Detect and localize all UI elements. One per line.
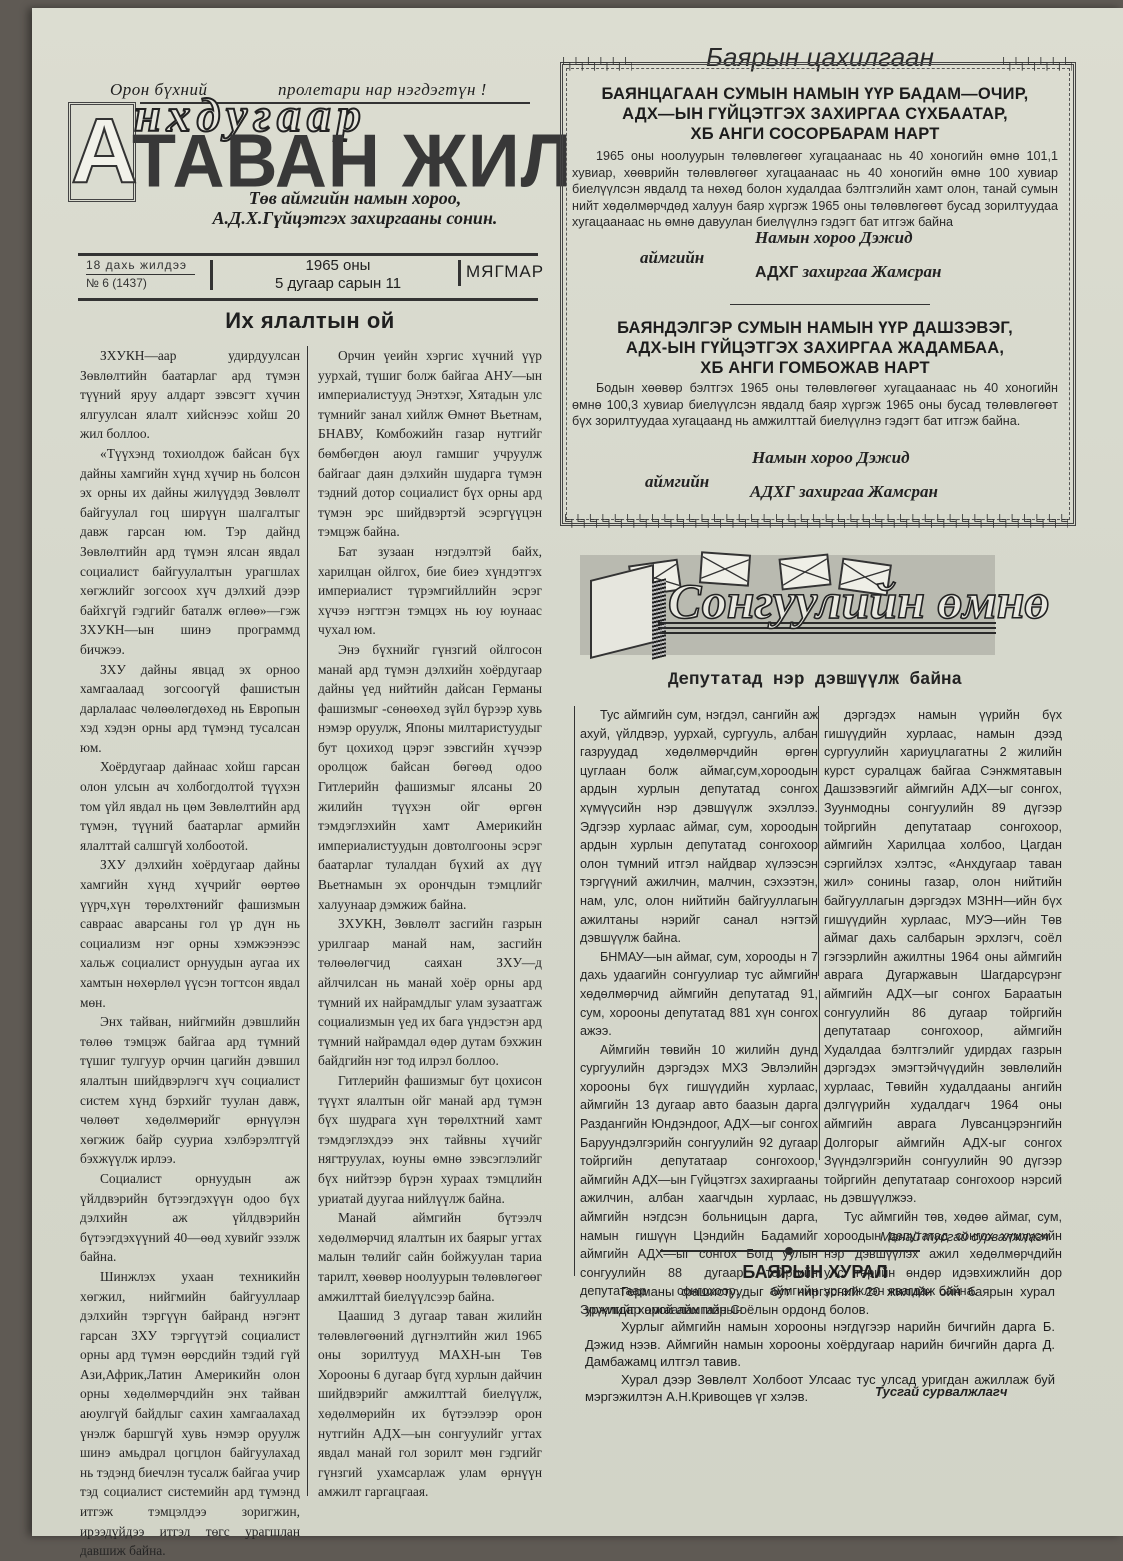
- paragraph: Гитлерийн фашизмыг бут цохисон түүхт яла…: [318, 1071, 542, 1208]
- issue-date-day: 5 дугаар сарын 11: [238, 275, 438, 293]
- article-title-victory: Их ялалтын ой: [70, 308, 550, 334]
- issue-date-year: 1965 оны: [238, 257, 438, 275]
- sig-admin-name: захиргаа Жамсран: [803, 262, 942, 281]
- tagline-line2: А.Д.Х.Гүйцэтгэх захиргааны сонин.: [145, 208, 565, 228]
- telegram-2-body: Бодын хөөвөр бэлтгэх 1965 оны төлөвлөгөө…: [572, 380, 1058, 430]
- telegram-1-body: 1965 оны ноолуурын төлөвлөгөөг хугацаана…: [572, 148, 1058, 231]
- paragraph: Энэ бүхнийг гүнзгий ойлгосон манай ард т…: [318, 640, 542, 914]
- paragraph: Шинжлэх ухаан техникийн хөгжил, нийгмийн…: [80, 1267, 300, 1536]
- meander-ornament: ╘╕╘╕╘╕╘╕╘╕╘╕╘╕╘╕╘╕╘╕╘╕╘╕╘╕╘╕╘╕╘╕╘╕╘╕╘╕╘╕…: [562, 514, 1068, 528]
- paragraph: Бат зузаан нэгдэлтэй байх, харилцан ойлг…: [318, 542, 542, 640]
- paragraph: Германы фашистуудыг бут ниргэсний 20 жил…: [585, 1283, 1055, 1318]
- paragraph: ЗХУ дэлхийн хоёрдугаар дайны хамгийн хүн…: [80, 855, 300, 1012]
- tagline-line1: Төв аймгийн намын хороо,: [145, 188, 565, 208]
- paragraph: Социалист орнуудын аж үйлдвэрийн бүтээгд…: [80, 1169, 300, 1267]
- ornament-dot: [785, 1247, 793, 1255]
- column-rule: [574, 706, 575, 1276]
- issue-weekday: МЯГМАР: [466, 262, 544, 282]
- column-rule: [818, 706, 819, 976]
- article-deputies-column-1: Тус аймгийн сум, нэгдэл, сангийн аж ахуй…: [580, 706, 818, 1320]
- article-victory-column-1: ЗХУКН—аар удирдуулсан Зөвлөлтийн баатарл…: [80, 346, 300, 1536]
- paragraph: Орчин үеийн хэргис хүчний үүр уурхай, тү…: [318, 346, 542, 542]
- paragraph: Хоёрдугаар дайнаас хойш гарсан олон улсы…: [80, 757, 300, 855]
- paragraph: Тус аймгийн сум, нэгдэл, сангийн аж ахуй…: [580, 706, 818, 948]
- article-title-meeting: БАЯРЫН ХУРАЛ: [560, 1262, 1070, 1283]
- paragraph: Энх тайван, нийгмийн дэвшлийн төлөө тэмц…: [80, 1012, 300, 1169]
- issue-info-bar: 18 дахь жилдээ № 6 (1437) 1965 оны 5 дуг…: [78, 253, 538, 301]
- issue-date: 1965 оны 5 дугаар сарын 11: [238, 257, 438, 293]
- article-victory-column-2: Орчин үеийн хэргис хүчний үүр уурхай, тү…: [318, 346, 542, 1502]
- telegram-1-sig-admin: АДХГ захиргаа Жамсран: [755, 262, 941, 282]
- paragraph: ЗХУКН—аар удирдуулсан Зөвлөлтийн баатарл…: [80, 346, 300, 444]
- telegram-1-sig-aimag: аймгийн: [640, 248, 704, 268]
- deputies-byline: Манай тусгай сурвалжлагч: [880, 1229, 1049, 1244]
- heading-line: БАЯНДЭЛГЭР СУМЫН НАМЫН ҮҮР ДАШЗЭВЭГ,: [572, 318, 1058, 338]
- volume-year: 18 дахь жилдээ: [86, 257, 195, 275]
- issue-number: № 6 (1437): [86, 275, 195, 292]
- issue-number-block: 18 дахь жилдээ № 6 (1437): [86, 257, 195, 292]
- paragraph: ЗХУ дайны явцад эх орноо хамгаалаад зогс…: [80, 660, 300, 758]
- ballot-box-side: [652, 578, 666, 659]
- meander-ornament: ╘╕╘╕╘╕╘╕╘╕╘╕╘╕╘╕╘╕╘╕╘╕╘╕╘╕╘╕╘╕╘╕╘╕╘╕╘╕╘╕…: [1000, 57, 1072, 71]
- masthead-tagline: Төв аймгийн намын хороо, А.Д.Х.Гүйцэтгэх…: [145, 188, 565, 228]
- heading-line: АДХ—ЫН ГҮЙЦЭТГЭХ ЗАХИРГАА СҮХБААТАР,: [572, 104, 1058, 124]
- article-deputies-column-2: дэргэдэх намын үүрийн бүх гишүүдийн хурл…: [824, 706, 1062, 1301]
- divider: [210, 260, 213, 290]
- election-banner-title: Сонгуулийн өмнө: [668, 572, 998, 630]
- paragraph: «Түүхэнд тохиолдож байсан бүх дайны хамг…: [80, 444, 300, 660]
- telegram-2-sig-party: Намын хороо Дэжид: [752, 448, 910, 468]
- ballot-box-icon: [590, 564, 654, 659]
- heading-line: БАЯНЦАГААН СУМЫН НАМЫН ҮҮР БАДАМ—ОЧИР,: [572, 84, 1058, 104]
- meander-ornament: ╘╕╘╕╘╕╘╕╘╕╘╕╘╕╘╕╘╕╘╕╘╕╘╕╘╕╘╕╘╕╘╕╘╕╘╕╘╕╘╕…: [560, 57, 632, 71]
- telegram-1-heading: БАЯНЦАГААН СУМЫН НАМЫН ҮҮР БАДАМ—ОЧИР, А…: [572, 84, 1058, 144]
- telegram-1-text: 1965 оны ноолуурын төлөвлөгөөг хугацаана…: [572, 148, 1058, 231]
- divider: [458, 260, 461, 286]
- meeting-byline: Тусгай сурвалжлагч: [875, 1384, 1007, 1399]
- telegram-separator: [730, 304, 930, 305]
- column-rule: [819, 990, 820, 1160]
- paragraph: Манай аймгийн бүтээлч хөдөлмөрчид ялалты…: [318, 1208, 542, 1306]
- paragraph: БНМАУ—ын аймаг, сум, хорооды н 7 дахь уд…: [580, 948, 818, 1041]
- paragraph: Хурлыг аймгийн намын хорооны нэгдүгээр н…: [585, 1318, 1055, 1371]
- heading-line: АДХ-ЫН ГҮЙЦЭТГЭХ ЗАХИРГАА ЖАДАМБАА,: [572, 338, 1058, 358]
- sig-admin-prefix: АДХГ: [755, 264, 798, 281]
- telegram-2-sig-admin: АДХГ захиргаа Жамсран: [750, 482, 938, 502]
- heading-line: ХБ АНГИ ГОМБОЖАВ НАРТ: [572, 358, 1058, 378]
- paragraph: дэргэдэх намын үүрийн бүх гишүүдийн хурл…: [824, 706, 1062, 1208]
- telegram-1-sig-party: Намын хороо Дэжид: [755, 228, 913, 248]
- paragraph: Цаашид 3 дугаар таван жилийн төлөвлөгөөн…: [318, 1306, 542, 1502]
- masthead-initial: А: [68, 102, 136, 202]
- paragraph: ЗХУКН, Зөвлөлт засгийн газрын урилгаар м…: [318, 914, 542, 1071]
- telegram-2-text: Бодын хөөвөр бэлтгэх 1965 оны төлөвлөгөө…: [572, 380, 1058, 430]
- telegram-2-heading: БАЯНДЭЛГЭР СУМЫН НАМЫН ҮҮР ДАШЗЭВЭГ, АДХ…: [572, 318, 1058, 378]
- heading-line: ХБ АНГИ СОСОРБАРАМ НАРТ: [572, 124, 1058, 144]
- telegram-2-sig-aimag: аймгийн: [645, 472, 709, 492]
- article-title-deputies: Депутатад нэр дэвшүүлж байна: [560, 670, 1070, 690]
- column-rule: [307, 346, 308, 1496]
